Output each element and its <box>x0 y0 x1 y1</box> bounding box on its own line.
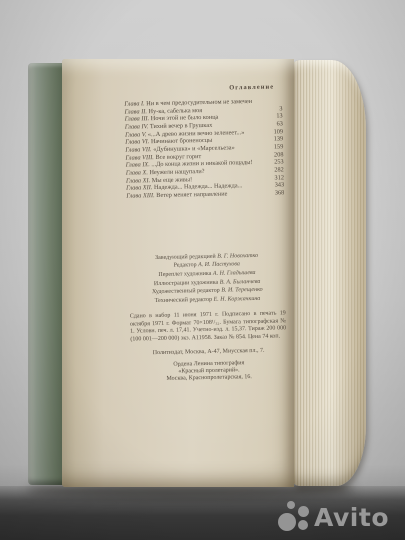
imprint-paragraph: Сдано в набор 11 июня 1971 г. Подписано … <box>130 310 287 344</box>
chapter-label: Глава XI. <box>126 177 150 185</box>
book-photo: Оглавление Глава I. Ни в чем предосудите… <box>0 0 405 540</box>
toc-entry: Глава XIII. Ветер меняет направление368 <box>126 190 284 200</box>
page-title: Оглавление <box>229 84 274 92</box>
chapter-label: Глава VI. <box>125 138 149 146</box>
chapter-label: Глава VII. <box>125 146 151 154</box>
chapter-title: «...А древо жизни вечно зеленеет...» <box>148 129 245 138</box>
credit-name: В. И. Терещенко <box>221 287 262 294</box>
chapter-label: Глава X. <box>126 169 148 176</box>
chapter-title: Все вокруг горит <box>155 153 201 161</box>
chapter-label: Глава I. <box>124 100 144 107</box>
chapter-label: Глава VIII. <box>125 154 153 162</box>
publisher-line: Политиздат, Москва, А-47, Миусская пл., … <box>130 347 288 356</box>
chapter-title: Ветер меняет направление <box>156 191 227 199</box>
table-of-contents: Глава I. Ни в чем предосудительном не за… <box>124 98 284 200</box>
chapter-page: 368 <box>269 190 284 197</box>
chapter-title: Мы еще живы! <box>152 176 193 184</box>
chapter-title: Неужели нащупали? <box>149 168 204 176</box>
chapter-label: Глава III. <box>125 115 150 123</box>
chapter-page: 282 <box>269 167 284 174</box>
chapter-label: Глава XII. <box>126 184 152 192</box>
credit-name: Е. Н. Коржачкина <box>214 296 261 303</box>
contents-page: Оглавление Глава I. Ни в чем предосудите… <box>62 59 294 487</box>
chapter-label: Глава IV. <box>125 123 148 130</box>
credit-name: В. А. Быланчева <box>220 279 261 286</box>
chapter-label: Глава II. <box>124 108 147 115</box>
credit-name: В. Г. Новохатко <box>217 253 258 260</box>
chapter-label: Глава V. <box>125 131 146 138</box>
credits-block: Заведующий редакцией В. Г. Новохатко Ред… <box>128 251 287 306</box>
page-block-edges <box>290 60 366 486</box>
page-content: Оглавление Глава I. Ни в чем предосудите… <box>124 83 288 384</box>
avito-logo-icon <box>278 501 309 534</box>
avito-watermark: Avito <box>278 501 389 534</box>
chapter-page: 159 <box>268 144 283 151</box>
chapter-page: 63 <box>268 121 283 128</box>
credit-name: А. И. Пастухова <box>198 262 240 269</box>
chapter-label: Глава XIII. <box>126 192 154 200</box>
printer-block: Ордена Ленина типография «Красный пролет… <box>130 359 288 384</box>
credit-name: А. Н. Гладышева <box>213 270 256 277</box>
chapter-title: Надежда... Надежда... Надежда... <box>154 183 243 192</box>
chapter-title: «Дубинушка» и «Марсельеза» <box>153 144 235 153</box>
chapter-label: Глава IX. <box>126 162 150 170</box>
watermark-label: Avito <box>314 503 389 532</box>
open-book: Оглавление Глава I. Ни в чем предосудите… <box>28 56 366 490</box>
